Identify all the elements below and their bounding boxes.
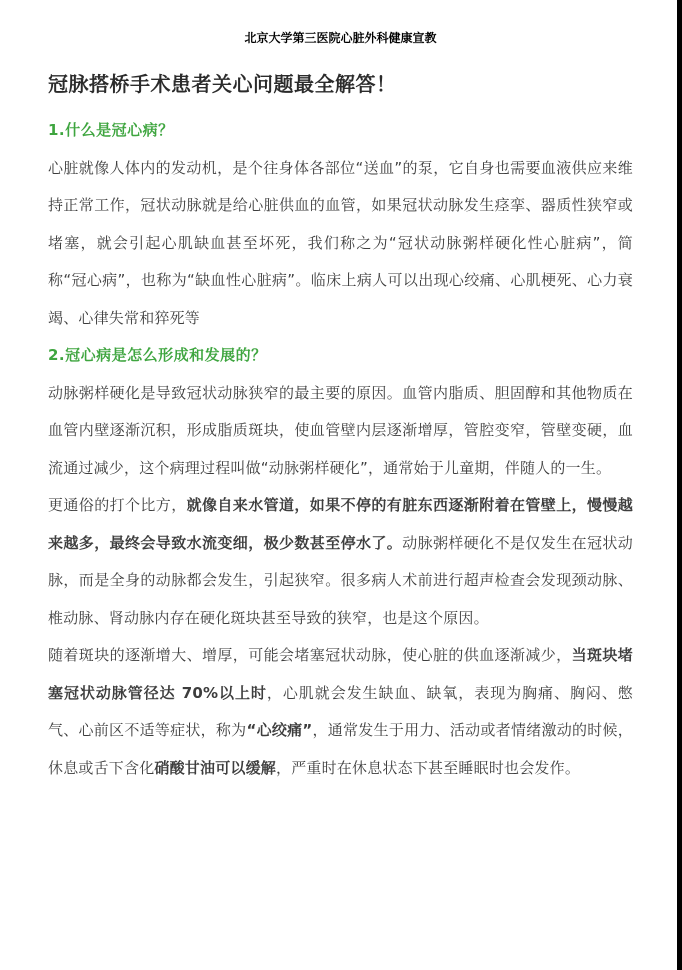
bold-text-segment: 硝酸甘油可以缓解 [154,759,276,777]
page-title: 冠脉搭桥手术患者关心问题最全解答！ [48,69,633,99]
article: 1.什么是冠心病？心脏就像人体内的发动机，是个往身体各部位“送血”的泵，它自身也… [48,112,633,787]
document-header: 北京大学第三医院心脏外科健康宣教 [48,0,633,45]
text-segment: 更通俗的打个比方， [48,496,187,514]
paragraph: 心脏就像人体内的发动机，是个往身体各部位“送血”的泵，它自身也需要血液供应来维持… [48,150,633,338]
paragraph: 随着斑块的逐渐增大、增厚，可能会堵塞冠状动脉，使心脏的供血逐渐减少，当斑块堵塞冠… [48,637,633,787]
paragraph: 动脉粥样硬化是导致冠状动脉狭窄的最主要的原因。血管内脂质、胆固醇和其他物质在血管… [48,375,633,488]
text-segment: 心脏就像人体内的发动机，是个往身体各部位“送血”的泵，它自身也需要血液供应来维持… [48,159,633,327]
text-segment: 动脉粥样硬化是导致冠状动脉狭窄的最主要的原因。血管内脂质、胆固醇和其他物质在血管… [48,384,633,477]
text-segment: ，严重时在休息状态下甚至睡眠时也会发作。 [276,759,580,777]
section-1-heading: 1.什么是冠心病？ [48,112,633,150]
section-2-heading: 2.冠心病是怎么形成和发展的？ [48,337,633,375]
document-content: 北京大学第三医院心脏外科健康宣教 冠脉搭桥手术患者关心问题最全解答！ 1.什么是… [0,0,677,787]
bold-text-segment: “心绞痛” [246,721,312,739]
paragraph: 更通俗的打个比方，就像自来水管道，如果不停的有脏东西逐渐附着在管壁上，慢慢越来越… [48,487,633,637]
right-edge-bar [677,0,682,970]
text-segment: 随着斑块的逐渐增大、增厚，可能会堵塞冠状动脉，使心脏的供血逐渐减少， [48,646,572,664]
page: { "colors": { "heading_green": "#3EA53F"… [0,0,682,970]
